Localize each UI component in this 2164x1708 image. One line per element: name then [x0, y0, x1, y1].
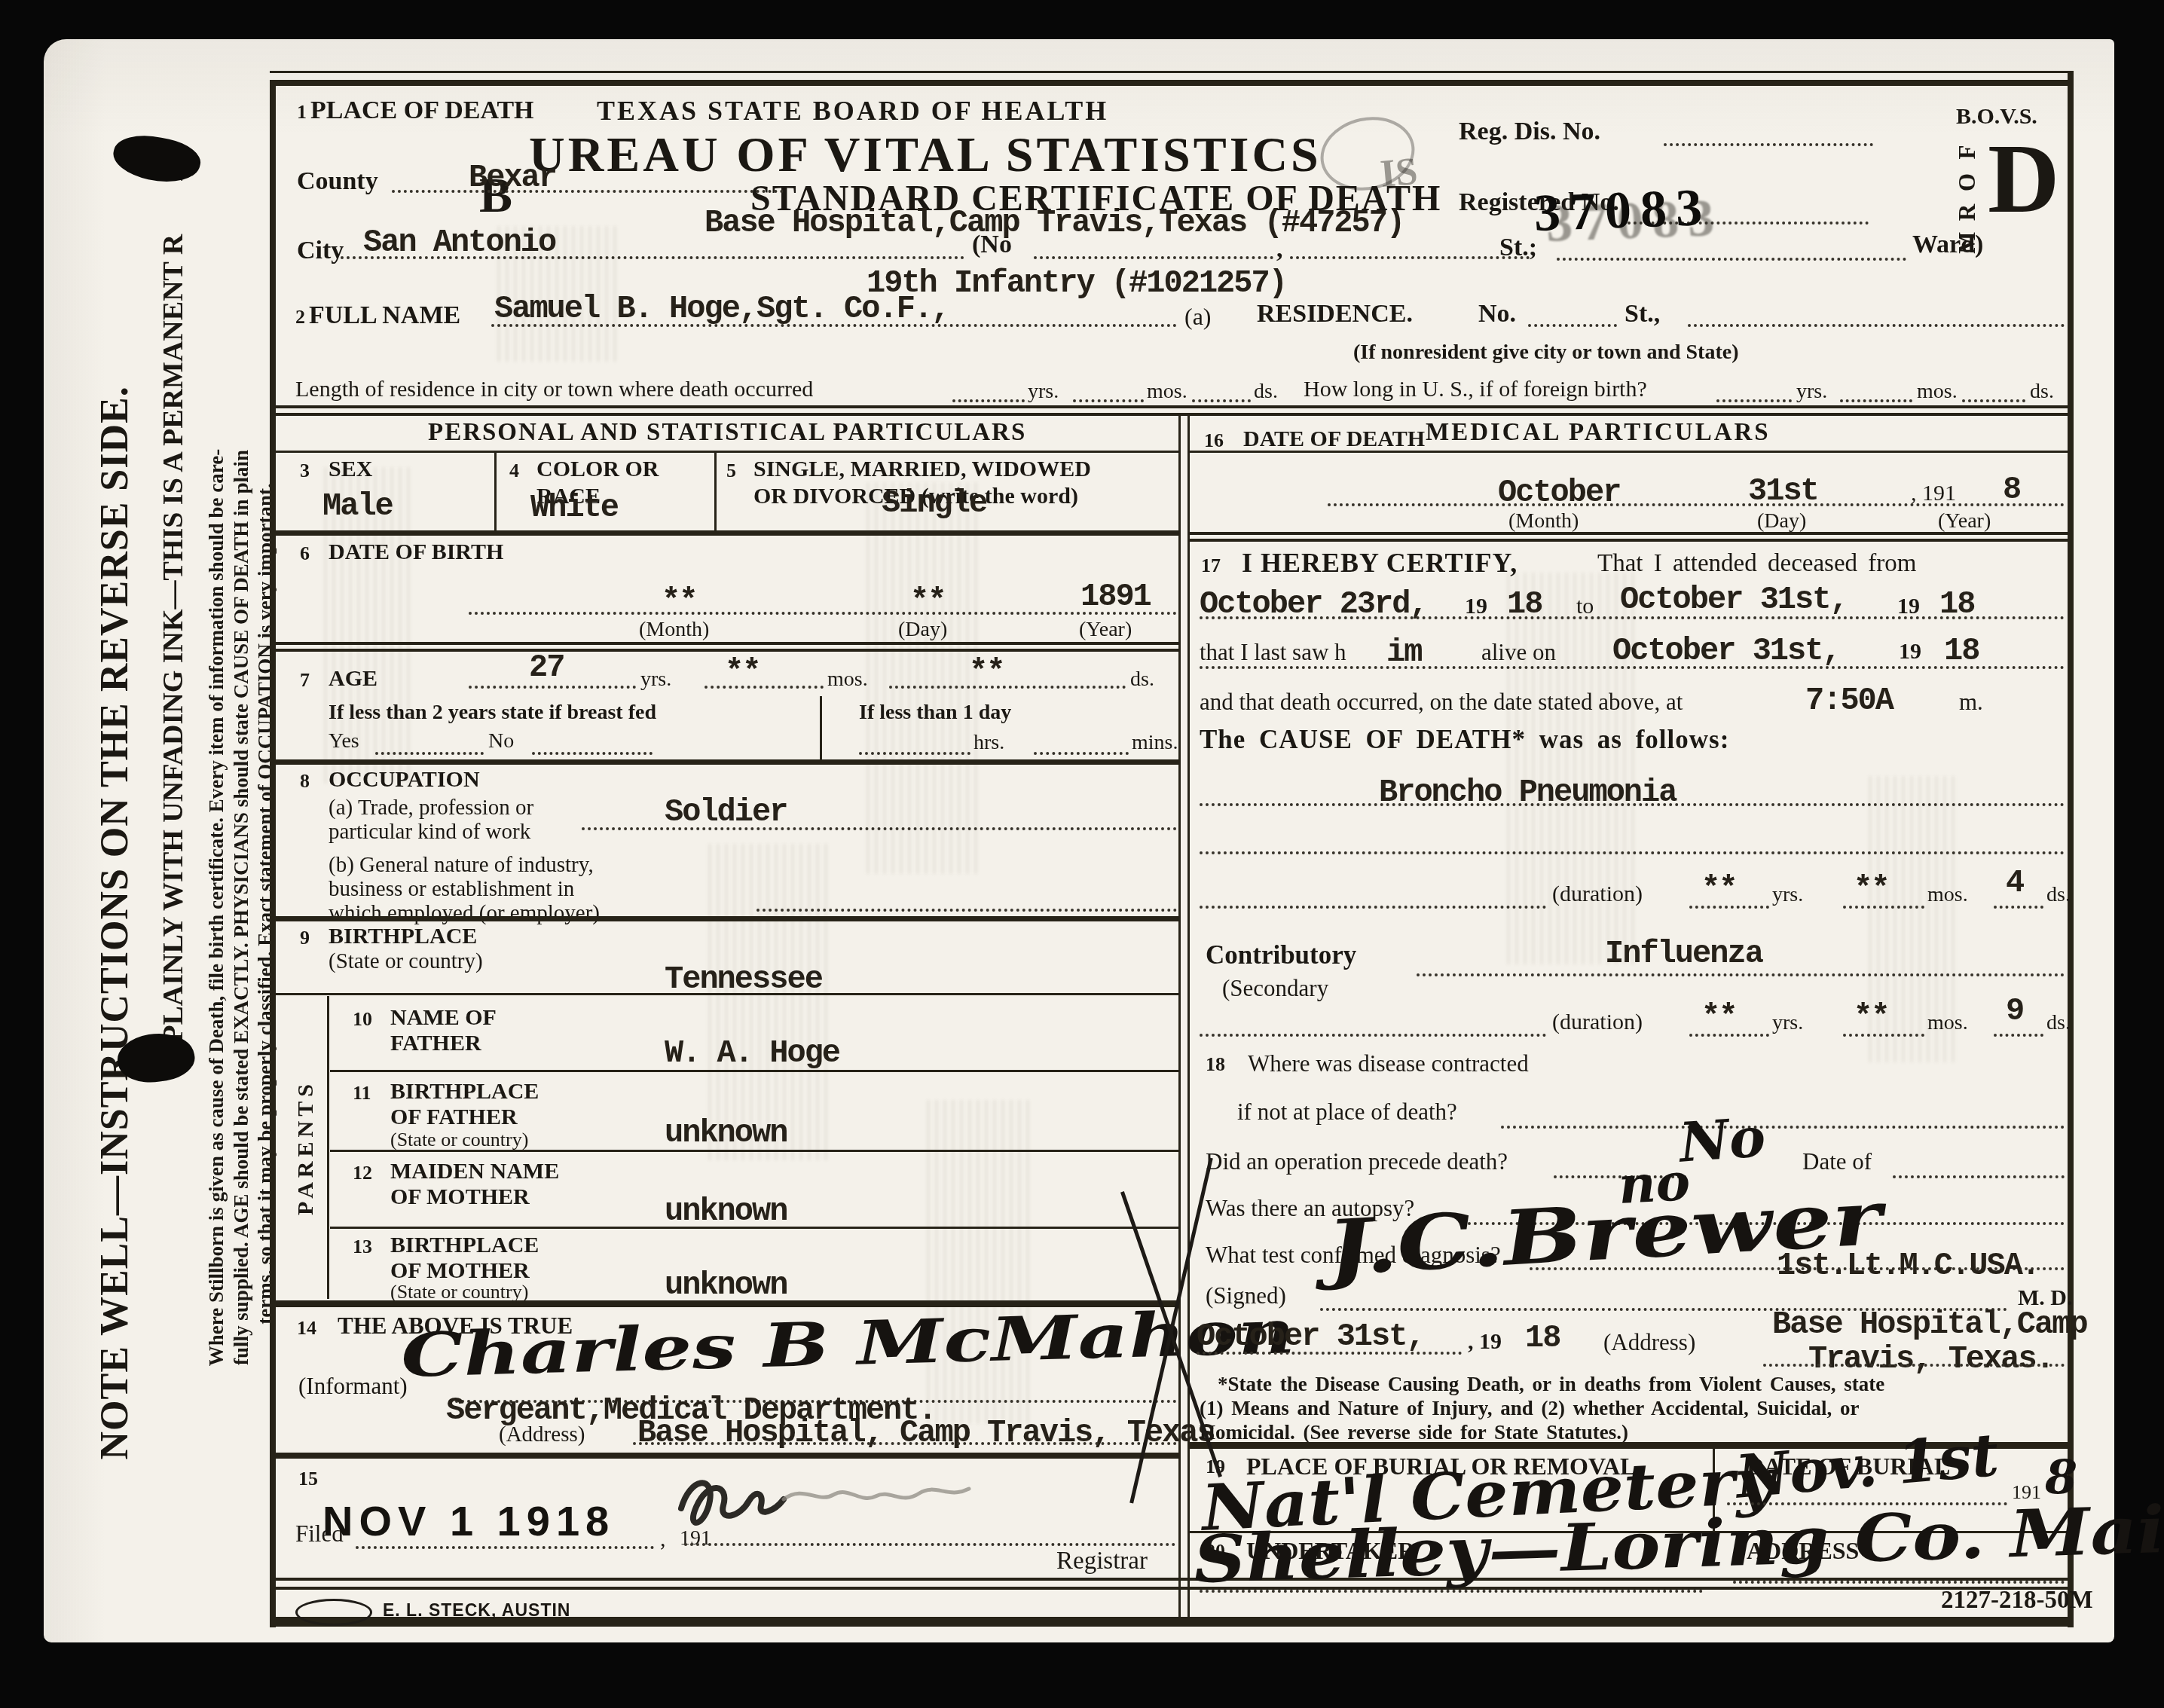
- dotted-line: [1716, 399, 1792, 402]
- certify-bold: I HEREBY CERTIFY,: [1242, 547, 1518, 579]
- mos-caption: mos.: [1927, 883, 1968, 907]
- rule: [330, 1150, 1180, 1152]
- birthplace-sub: (State or country): [329, 949, 483, 974]
- no-label: No: [488, 729, 514, 753]
- yrs-label: yrs.: [1028, 380, 1059, 404]
- to-label: to: [1576, 594, 1594, 619]
- sign-address-2: Travis, Texas.: [1808, 1341, 2053, 1377]
- cell-divider: [494, 452, 497, 530]
- secondary-label: (Secondary: [1222, 975, 1328, 1002]
- dod-year-print: , 191: [1911, 481, 1956, 506]
- rule: [330, 1070, 1180, 1072]
- form-letter-m: M: [1954, 227, 1984, 258]
- mins-label: mins.: [1132, 731, 1178, 755]
- sex-number: 3: [300, 460, 310, 482]
- hrs-label: hrs.: [973, 731, 1004, 755]
- print-19: 19: [1899, 639, 1921, 665]
- rule: [270, 1587, 2072, 1590]
- dotted-line: [1328, 503, 2065, 506]
- ds-caption: ds.: [2046, 1011, 2071, 1035]
- margin-fine-print-2: fully supplied. AGE should be stated EXA…: [230, 185, 253, 1631]
- dotted-line: [1893, 1175, 2065, 1178]
- printer-imprint: E. L. STECK, AUSTIN: [383, 1600, 570, 1621]
- dotted-line: [684, 1543, 1175, 1546]
- footnote-3: Homicidal. (See reverse side for State S…: [1200, 1421, 1628, 1444]
- dur2-yrs-value: **: [1701, 999, 1736, 1035]
- dotted-line: [1197, 1352, 1462, 1355]
- dotted-line: [1034, 256, 1273, 259]
- color-label: COLOR OR: [536, 457, 659, 482]
- dotted-line: [341, 256, 964, 259]
- bureau-title: UREAU OF VITAL STATISTICS: [529, 127, 1322, 184]
- residence-no-label: No.: [1478, 300, 1516, 328]
- dotted-line: [1994, 1034, 2043, 1037]
- less-day-label: If less than 1 day: [859, 701, 1011, 725]
- form-letter-r: R: [1954, 197, 1984, 228]
- dotted-line: [756, 909, 1177, 912]
- city-value: San Antonio: [363, 225, 555, 261]
- color-number: 4: [509, 460, 519, 482]
- duration-label: (duration): [1552, 1010, 1643, 1035]
- hospital-line: Base Hospital,Camp Travis,Texas (#47257): [705, 205, 1404, 241]
- year-caption: (Year): [1079, 618, 1132, 642]
- father-bp-label-1: BIRTHPLACE: [390, 1079, 539, 1105]
- reg-dis-label: Reg. Dis. No.: [1459, 118, 1600, 146]
- dotted-line: [582, 827, 1177, 830]
- operation-label: Did an operation precede death?: [1206, 1148, 1508, 1175]
- st-label: St.;: [1499, 234, 1537, 262]
- day-caption: (Day): [898, 618, 947, 642]
- length-label: Length of residence in city or town wher…: [295, 377, 813, 402]
- rule: [1189, 532, 2072, 535]
- field1-number: 1: [297, 101, 307, 124]
- residence-label: RESIDENCE.: [1257, 300, 1413, 328]
- mos-caption: mos.: [827, 668, 868, 692]
- sign-date-value: October 31st,: [1197, 1318, 1424, 1355]
- dotted-line: [859, 752, 970, 755]
- saw-year: 18: [1944, 633, 1979, 669]
- marital-label: SINGLE, MARRIED, WIDOWED: [753, 457, 1091, 482]
- cell-divider: [714, 452, 717, 530]
- dotted-line: [1200, 906, 1546, 909]
- dotted-line: [1200, 1034, 1546, 1037]
- print-19: , 19: [1468, 1329, 1502, 1355]
- margin-ink-line: W PLAINLY WITH UNFADING INK—THIS IS A PE…: [157, 107, 190, 1132]
- saw-label: that I last saw h: [1200, 639, 1346, 666]
- rule: [270, 642, 1180, 645]
- dotted-line: [705, 686, 824, 689]
- margin-ink-mid: PLAINLY WITH UNFADING INK—THIS IS A PERM…: [157, 234, 189, 1050]
- dob-label: DATE OF BIRTH: [329, 539, 503, 565]
- occupation-a2: particular kind of work: [329, 820, 530, 845]
- yrs-caption: yrs.: [640, 668, 671, 692]
- occupation-b1: (b) General nature of industry,: [329, 853, 594, 878]
- mother-name-number: 12: [353, 1162, 372, 1184]
- duration-label: (duration): [1552, 881, 1643, 907]
- contracted-label: Where was disease contracted: [1248, 1050, 1529, 1077]
- bleed-through: [867, 482, 980, 874]
- sex-value: Male: [322, 488, 393, 524]
- field2-number: 2: [295, 306, 305, 328]
- yes-label: Yes: [329, 729, 359, 753]
- rule-heavy: [270, 759, 1180, 765]
- rule: [270, 413, 2072, 416]
- ds-label: ds.: [1254, 380, 1278, 404]
- dotted-line: [375, 752, 484, 755]
- filed-date-stamp: NOV 1 1918: [322, 1496, 615, 1545]
- dur1-mos-value: **: [1854, 871, 1888, 907]
- certificate-scan: NOTE WELL—INSTRUCTIONS ON THE REVERSE SI…: [0, 0, 2164, 1708]
- marital-value: Single: [882, 485, 986, 521]
- dotted-line: [889, 686, 1126, 689]
- mother-bp-number: 13: [353, 1236, 372, 1258]
- dur1-ds-value: 4: [2006, 865, 2023, 901]
- printers-union-seal: [295, 1599, 372, 1626]
- print-code: 2127-218-50M: [1941, 1587, 2093, 1615]
- cause-label: The CAUSE OF DEATH* was as follows:: [1200, 725, 1729, 755]
- medical-title: MEDICAL PARTICULARS: [1426, 419, 1771, 447]
- dotted-line: [392, 190, 784, 193]
- dotted-line: [1528, 324, 1617, 327]
- print-19: 19: [1897, 594, 1920, 619]
- comma-print: ,: [660, 1526, 666, 1552]
- nonresident-note: (If nonresident give city or town and St…: [1353, 341, 1739, 365]
- marital-number: 5: [726, 460, 736, 482]
- certify-number: 17: [1201, 555, 1221, 577]
- full-name-value: Samuel B. Hoge,Sgt. Co.F.,: [494, 291, 949, 327]
- dod-year-value: 8: [2003, 472, 2020, 508]
- dotted-line: [1688, 324, 2065, 327]
- dotted-line: [1763, 1364, 2065, 1367]
- form-series-letter: D: [1988, 121, 2059, 236]
- occupation-a1: (a) Trade, profession or: [329, 796, 533, 820]
- birthplace-value: Tennessee: [665, 961, 822, 998]
- month-caption: (Month): [639, 618, 709, 642]
- attended-to-date: October 31st,: [1620, 582, 1848, 618]
- border-line: [270, 80, 276, 1627]
- physician-rank-value: 1st.Lt.M.C.USA.: [1777, 1248, 2039, 1284]
- county-label: County: [297, 167, 378, 196]
- mother-bp-label-1: BIRTHPLACE: [390, 1233, 539, 1258]
- contributory-label: Contributory: [1206, 940, 1356, 970]
- dotted-line: [532, 752, 653, 755]
- mother-bp-label-2: OF MOTHER: [390, 1258, 530, 1284]
- dur2-ds-value: 9: [2006, 993, 2023, 1029]
- father-bp-label-2: OF FATHER: [390, 1105, 518, 1130]
- border-line: [270, 80, 2072, 86]
- age-number: 7: [300, 669, 310, 692]
- residence-st-label: St.,: [1625, 300, 1660, 328]
- year-caption: (Year): [1938, 509, 1991, 533]
- yrs-caption: yrs.: [1772, 1011, 1803, 1035]
- footnote-1: *State the Disease Causing Death, or in …: [1218, 1373, 1884, 1396]
- dotted-line: [1200, 666, 2065, 669]
- dob-year-value: 1891: [1080, 579, 1151, 615]
- saw-date: October 31st,: [1612, 633, 1840, 669]
- informant-address-value: Base Hospital, Camp Travis, Texas: [637, 1415, 1215, 1451]
- dotted-line: [952, 399, 1025, 402]
- ds-label: ds.: [2030, 380, 2054, 404]
- rule-heavy: [270, 1453, 1180, 1459]
- dotted-line: [1962, 399, 2025, 402]
- birthplace-number: 9: [300, 927, 310, 949]
- dotted-line: [491, 324, 1177, 327]
- form-vertical-label: F O R M: [1953, 137, 1985, 258]
- age-mos-value: **: [725, 654, 760, 690]
- dotted-line: [1034, 752, 1129, 755]
- occupation-number: 8: [300, 770, 310, 793]
- parents-label: PARENTS: [293, 1034, 319, 1260]
- dotted-line: [1733, 1581, 2065, 1584]
- board-title: TEXAS STATE BOARD OF HEALTH: [597, 95, 1108, 127]
- yrs-label: yrs.: [1796, 380, 1827, 404]
- occurred-label: and that death occurred, on the date sta…: [1200, 689, 1683, 716]
- dotted-line: [1290, 256, 1530, 259]
- rule: [270, 993, 1180, 995]
- birthplace-label: BIRTHPLACE: [329, 924, 477, 949]
- cell-divider: [820, 696, 822, 759]
- occupation-label: OCCUPATION: [329, 767, 480, 793]
- sex-label: SEX: [329, 457, 372, 482]
- rule: [1189, 539, 2072, 542]
- informant-address-caption: (Address): [499, 1422, 585, 1447]
- yrs-caption: yrs.: [1772, 883, 1803, 907]
- registrar-label: Registrar: [1056, 1548, 1148, 1575]
- registered-number-stamp: 37083: [1533, 178, 1713, 244]
- father-bp-sub: (State or country): [390, 1129, 528, 1151]
- father-name-value: W. A. Hoge: [665, 1035, 839, 1071]
- filed-number: 15: [298, 1468, 318, 1490]
- dotted-line: [1501, 1126, 2065, 1129]
- father-name-label-1: NAME OF: [390, 1005, 497, 1031]
- mos-caption: mos.: [1927, 1011, 1968, 1035]
- father-bp-number: 11: [353, 1082, 371, 1105]
- field2-label: FULL NAME: [309, 301, 460, 330]
- mos-label: mos.: [1147, 380, 1187, 404]
- informant-caption: (Informant): [298, 1373, 408, 1400]
- footnote-2: (1) Means and Nature of Injury, and (2) …: [1200, 1397, 1860, 1420]
- dotted-line: [1073, 399, 1144, 402]
- border-line: [270, 71, 2072, 73]
- form-letter-o: O: [1954, 167, 1984, 198]
- mos-label: mos.: [1917, 380, 1958, 404]
- dotted-line: [1843, 906, 1924, 909]
- dotted-line: [1192, 399, 1251, 402]
- dotted-line: [1843, 1034, 1924, 1037]
- mother-bp-value: unknown: [665, 1267, 787, 1303]
- age-yrs-value: 27: [529, 649, 564, 686]
- dotted-line: [356, 1546, 654, 1549]
- operation-answer: No: [1677, 1105, 1767, 1175]
- bleed-through: [708, 844, 829, 1160]
- certify-rest: That I attended deceased from: [1597, 550, 1916, 578]
- occupation-b2: business or establishment in: [329, 877, 574, 902]
- rule: [270, 451, 1180, 453]
- dotted-line: [1200, 616, 2065, 619]
- sign-year-value: 18: [1525, 1320, 1560, 1356]
- month-caption: (Month): [1508, 509, 1579, 533]
- ds-caption: ds.: [2046, 883, 2071, 907]
- dod-label: DATE OF DEATH: [1243, 426, 1425, 452]
- dotted-line: [1557, 258, 1906, 261]
- contracted-number: 18: [1206, 1053, 1225, 1076]
- dotted-line: [1200, 851, 2065, 854]
- personal-title: PERSONAL AND STATISTICAL PARTICULARS: [428, 419, 1026, 447]
- occupation-value: Soldier: [665, 794, 787, 830]
- dotted-line: [1664, 143, 1873, 146]
- sign-address-1: Base Hospital,Camp: [1772, 1306, 2087, 1343]
- comma-print: ,: [1276, 235, 1283, 264]
- city-label: City: [297, 237, 344, 265]
- father-bp-value: unknown: [665, 1115, 787, 1151]
- dur2-mos-value: **: [1854, 999, 1888, 1035]
- dotted-line: [1200, 803, 2065, 806]
- father-name-number: 10: [353, 1008, 372, 1031]
- rule-heavy: [270, 530, 1180, 536]
- print-19: 19: [1465, 594, 1487, 619]
- ds-caption: ds.: [1130, 668, 1154, 692]
- age-label: AGE: [329, 666, 377, 692]
- death-time-value: 7:50A: [1805, 683, 1893, 719]
- dotted-line: [633, 1442, 1177, 1445]
- alive-label: alive on: [1481, 639, 1556, 666]
- dotted-line: [1417, 973, 2065, 976]
- residence-a: (a): [1184, 303, 1212, 331]
- time-m-label: m.: [1959, 689, 1983, 716]
- margin-fine-print-1: Where Stillborn is given as cause of Dea…: [205, 185, 228, 1631]
- color-value: White: [530, 490, 618, 526]
- dotted-line: [469, 686, 636, 689]
- no-open-label: (No: [972, 231, 1012, 259]
- dateof-label: Date of: [1802, 1148, 1872, 1175]
- dotted-line: [1689, 1034, 1769, 1037]
- contributory-value: Influenza: [1605, 936, 1762, 972]
- informant-number: 14: [297, 1317, 316, 1340]
- mother-name-label-1: MAIDEN NAME: [390, 1159, 559, 1184]
- mother-name-label-2: OF MOTHER: [390, 1184, 530, 1210]
- rule: [270, 405, 2072, 408]
- dod-number: 16: [1204, 429, 1224, 452]
- occupation-b3: which employed (or employer): [329, 901, 600, 926]
- margin-note-line: NOTE WELL—INSTRUCTIONS ON THE REVERSE SI…: [93, 511, 137, 1460]
- dotted-line: [1994, 906, 2043, 909]
- age-ds-value: **: [969, 654, 1004, 690]
- border-line: [2068, 71, 2074, 1627]
- dotted-line: [1840, 399, 1912, 402]
- day-caption: (Day): [1757, 509, 1806, 533]
- rule: [330, 1227, 1180, 1229]
- dob-number: 6: [300, 542, 310, 565]
- dur1-yrs-value: **: [1701, 871, 1736, 907]
- rule-heavy: [270, 916, 1180, 921]
- form-letter-f: F: [1954, 136, 1984, 168]
- ifnot-label: if not at place of death?: [1237, 1098, 1457, 1126]
- father-name-label-2: FATHER: [390, 1031, 481, 1056]
- field1-label: PLACE OF DEATH: [310, 96, 534, 125]
- how-long-label: How long in U. S., if of foreign birth?: [1304, 377, 1647, 402]
- dotted-line: [1689, 906, 1769, 909]
- saw-him: im: [1386, 634, 1421, 671]
- parents-bracket: [327, 996, 329, 1299]
- breast-fed-label: If less than 2 years state if breast fed: [329, 701, 656, 725]
- rule: [270, 649, 1180, 652]
- mother-name-value: unknown: [665, 1193, 787, 1230]
- signed-label: (Signed): [1206, 1282, 1286, 1309]
- sign-address-caption: (Address): [1603, 1329, 1695, 1356]
- dotted-line: [469, 612, 1177, 615]
- registrar-signature-scrawl: [671, 1462, 987, 1545]
